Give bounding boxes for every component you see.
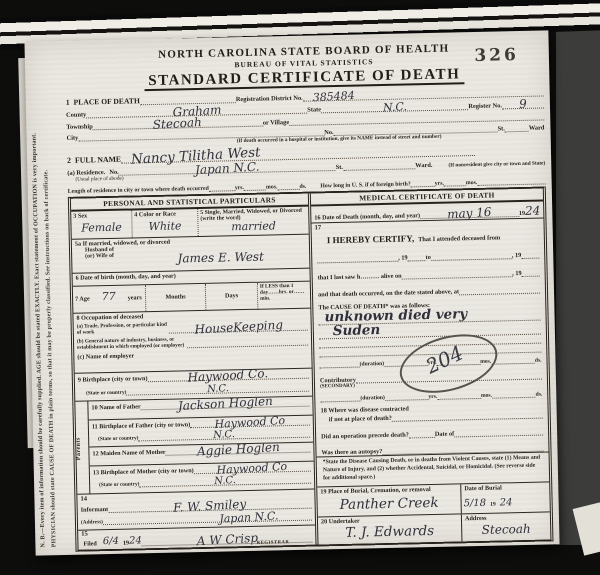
occurred-label: and that death occurred, on the date sta… [318,288,459,298]
sex-value: Female [81,221,122,235]
dod-label: 16 Date of Death (month, day, and year) [314,212,420,221]
mother-bp-state-value: N.C. [214,476,236,487]
row-spouse: 5a If married, widowed, or divorced Husb… [72,235,310,274]
father-bp-value: Haywood Co [214,416,285,430]
certify-rest: That I attended deceased from [418,234,500,243]
length-yrs: yrs. [235,185,244,191]
duration2-l1 [385,391,429,401]
cause-code-value: 204 [423,342,466,376]
occurred-field [459,285,540,296]
margin-instructions-line2: PHYSICIAN should state CAUSE OF DEATH in… [43,170,57,548]
duration1-lead [319,359,359,369]
lastsaw-field [402,268,513,279]
dod-field: may 16 [420,208,519,219]
age-years-label: years [128,294,142,301]
occupation-a-row: (a) Trade, Profession, or particular kin… [77,319,308,336]
place-label: PLACE OF DEATH [73,96,139,106]
filed-day-value: 6/4 [103,537,119,547]
village-label: or Village [263,119,289,127]
lastsaw-yr3: , 19 [512,270,522,277]
cause-line2-value: Suden [333,324,381,339]
race-value: White [148,219,181,233]
secondary-label: (SECONDARY) [320,384,355,390]
birthplace-value: Haywood Co. [188,369,269,384]
informant-addr-value: Japan N.C. [219,510,279,524]
mother-bp-state-field: N.C. [139,475,311,488]
birthplace-state-label: (State or country) [86,390,126,397]
residence-value: Japan N.C. [195,161,260,177]
burial-place-cell: 19 Place of Burial, Cremation, or remova… [317,484,462,516]
mother-bp-state-label: (State or country) [99,481,139,488]
mother-bp-value: Haywood Co [217,462,288,476]
row-certification: 17 I HEREBY CERTIFY, That I attended dec… [311,218,548,457]
undertaker-addr-value: Stecoah [482,522,531,537]
informant-addr-field: Japan N.C. [103,512,312,526]
informant-field: F. W. Smiley [108,500,312,513]
months-cell: Months [145,284,206,311]
father-bp-label: 11 Birthplace of Father (city or town) [92,421,191,430]
howlong-mos: mos. [466,180,478,186]
lastsaw-label: that I last saw h……… alive on [318,273,402,282]
residence-ward-label: Ward. [415,162,432,169]
row-mother-birthplace: 13 Birthplace of Mother (city or town) H… [90,462,315,494]
where-label2: if not at place of death? [329,415,392,423]
city-st-field [505,123,529,133]
fullname-gap [475,146,545,156]
informant-label: Informant [81,506,109,514]
duration1-l3 [491,355,535,365]
certify-yr1: , 19 [398,254,408,261]
duration2-l3 [492,389,536,399]
months-label: Months [165,293,185,300]
operation-line: Did an operation precede death? Date of [321,427,543,441]
father-bp-line: 11 Birthplace of Father (city or town) H… [92,417,310,431]
length-leader2 [244,182,266,191]
fullname-label: FULL NAME [75,155,121,165]
occ-a-value: HouseKeeping [194,319,283,336]
mother-value: Aggie Hoglen [196,443,279,458]
sex-race-marital-cells: 3 Sex Female 4 Color or Race White 5 Sin… [71,207,309,239]
mother-bp-label: 13 Birthplace of Mother (city or town) [93,467,194,476]
duration1-label: (duration) [360,361,385,368]
lastsaw-yr3-leader [522,268,540,277]
less-than-day-cell: If LESS than 1 day……hrs. or……min. [257,282,311,309]
footnote-text: *State the Disease Causing Death, or in … [323,455,541,481]
father-line: 10 Name of Father Jackson Hoglen [91,398,309,412]
state-value: N.C. [382,101,407,113]
township-label: Township [66,123,93,131]
father-bp-state-line: (State or country) N.C. [92,429,310,443]
length-gap [306,181,320,189]
birthplace-state-line: (State or country) N.C. [78,383,309,397]
parents-label: Parents [76,437,83,460]
duration2-lead [320,393,360,403]
certify-yr2: , 19 [512,252,522,259]
howlong-leader3 [477,175,545,185]
fullname-sec-no: 2 [67,156,71,165]
row-informant: 14 Informant F. W. Smiley (Address) Japa… [77,490,315,531]
birthplace-state-field: N.C. [126,383,309,396]
filed-registrar-value: A W Crisp [196,532,258,547]
father-field: Jackson Hoglen [141,398,310,411]
burial-date-cell: Date of Burial 5/18 19 24 [461,482,550,513]
occ-c-label: (c) Name of employer [77,349,308,361]
where-field [392,410,543,422]
howlong-yrs: yrs. [435,181,444,187]
register-field: 9 [502,99,544,109]
occupation-b-row: (b) General nature of industry, business… [77,334,308,351]
mother-bp-line: 13 Birthplace of Mother (city or town) H… [93,463,311,477]
dateof-label: Date of [435,430,455,437]
birthplace-label: 9 Birthplace (city or town) [78,375,148,384]
certify-to-field [431,250,512,261]
certify-dates-line: , 19 to , 19 [317,250,539,264]
age-value: 77 [102,290,116,303]
autopsy-label: Was there an autopsy? [321,448,382,456]
dod-year-value: 24 [525,205,541,217]
certify-line: I HEREBY CERTIFY, That I attended deceas… [317,231,539,246]
spouse-value: James E. West [177,250,264,266]
city-ward-label: Ward [529,124,545,131]
father-bp-state-value: N.C. [213,430,235,441]
mother-bp-field: Haywood Co [194,463,311,475]
registrar-label: REGISTRAR [257,539,290,545]
mother-bp-state-line: (State or country) N.C. [93,475,311,489]
certify-yr1-leader [408,252,426,261]
mother-field: Aggie Hoglen [166,444,311,456]
burial-value: Panther Creek [339,495,438,513]
less-label: If LESS than 1 day……hrs. or……min. [260,283,308,302]
burial-split: 19 Place of Burial, Cremation, or remova… [317,482,550,516]
district-value: 385484 [312,90,355,103]
duration2-ds: ds. [536,392,543,398]
burial-year-value: 24 [500,497,513,508]
dod-value: may 16 [447,206,492,220]
occ-b-label: (b) General nature of industry, business… [77,336,187,350]
place-and-name-section: 1 PLACE OF DEATH Registration District N… [66,87,546,194]
row-undertaker: 20 Undertaker T. J. Edwards Address Stec… [318,512,551,544]
days-cell: Days [205,283,258,310]
birthplace-state-value: N.C. [207,384,229,395]
medical-column: MEDICAL CERTIFICATE OF DEATH 16 Date of … [311,189,551,545]
register-value: 9 [519,98,527,110]
filed-label: Filed [83,540,97,547]
filed-sec-no: 15 [81,531,88,538]
cause-line1-value: unknown died very [324,308,467,325]
parents-wrap: Parents 10 Name of Father Jackson Hoglen [75,397,314,494]
marital-value: married [231,219,276,233]
stacked-sheet-edge-bottom-right [573,502,600,555]
county-label: County [66,111,86,118]
death-certificate: N. B.—Every item of information should b… [24,30,559,555]
duration2-yrs: yrs. [428,394,437,400]
filed-year-value: 24 [129,536,142,546]
scanned-page-background: N. B.—Every item of information should b… [0,0,600,575]
operation-field [409,429,435,439]
father-bp-state-field: N.C. [138,429,310,442]
certificate-header: NORTH CAROLINA STATE BOARD OF HEALTH BUR… [65,40,544,91]
township-value: Stecoah [153,116,203,131]
certify-from-field [317,253,398,264]
undertaker-split: 20 Undertaker T. J. Edwards Address Stec… [318,512,551,544]
length-leader3 [277,181,299,190]
residence-st-field [343,160,416,171]
lastsaw-line: that I last saw h……… alive on , 19 [318,268,540,282]
operation-label: Did an operation precede death? [321,431,409,440]
race-cell: 4 Color or Race White [131,209,198,237]
father-value: Jackson Hoglen [177,397,272,413]
state-label: State [307,106,321,113]
days-label: Days [225,292,238,299]
informant-addr-label: (Address) [81,519,103,525]
age-label: 7 Age [75,295,90,302]
age-cell: 7 Age 77 years [73,285,146,313]
rows-parents: Parents 10 Name of Father Jackson Hoglen [75,397,314,495]
personal-column: PERSONAL AND STATISTICAL PARTICULARS 3 S… [71,194,319,550]
place-sec-no: 1 [66,98,70,107]
birthplace-field: Haywood Co. [147,370,309,383]
row-occupation: 8 Occupation of deceased (a) Trade, Prof… [73,309,311,374]
parents-rows: 10 Name of Father Jackson Hoglen 11 Birt… [88,397,314,494]
father-bp-field: Haywood Co [190,417,310,429]
howlong-leader1 [411,178,435,188]
occurred-line: and that death occurred, on the date sta… [318,285,540,299]
father-label: 10 Name of Father [91,403,140,411]
sex-cell: 3 Sex Female [71,210,132,238]
duration2-mos: mos. [481,393,492,399]
burial-year-prefix: 19 [490,502,496,508]
duration1-ds: ds. [535,358,542,364]
state-field: N.C. [321,101,468,113]
district-field: 385484 [303,91,377,102]
district-label: Registration District No. [236,95,303,103]
scanner-shadow-strip [556,0,600,545]
occ-a-label: (a) Trade, Profession, or particular kin… [77,322,169,336]
undertaker-address-cell: Address Stecoah [462,512,551,541]
undertaker-cell: 20 Undertaker T. J. Edwards [318,514,463,544]
howlong-label: How long in U. S. if of foreign birth? [320,181,411,189]
father-bp-state-label: (State or country) [98,435,138,442]
undertaker-value: T. J. Edwards [345,523,434,541]
certify-yr2-leader [521,250,539,259]
occ-a-field: HouseKeeping [169,322,308,334]
mother-line: 12 Maiden Name of Mother Aggie Hoglen [92,444,310,458]
mother-label: 12 Maiden Name of Mother [92,449,165,458]
dateof-field [454,427,543,438]
row-filed: 15 Filed 6/4 19 24 A W Crisp REGISTRAR [78,526,315,550]
age-cells: 7 Age 77 years Months Days If LESS than … [73,282,311,313]
city-label: City [66,135,78,142]
marital-cell: 5 Single, Married, Widowed, or Divorced … [197,207,309,236]
length-mos: mos. [266,184,278,190]
certificate-table: PERSONAL AND STATISTICAL PARTICULARS 3 S… [68,186,554,551]
register-label: Register No. [468,102,502,110]
certify-lead: I HEREBY CERTIFY, [327,233,414,245]
residence-ward-gap [432,161,448,169]
length-leader1 [209,182,235,192]
occ-b-field [187,337,308,349]
duration2-label: (duration) [360,395,385,402]
howlong-leader2 [444,177,466,186]
informant-addr-line: (Address) Japan N.C. [81,512,312,526]
burial-day-value: 5/18 [464,498,487,509]
